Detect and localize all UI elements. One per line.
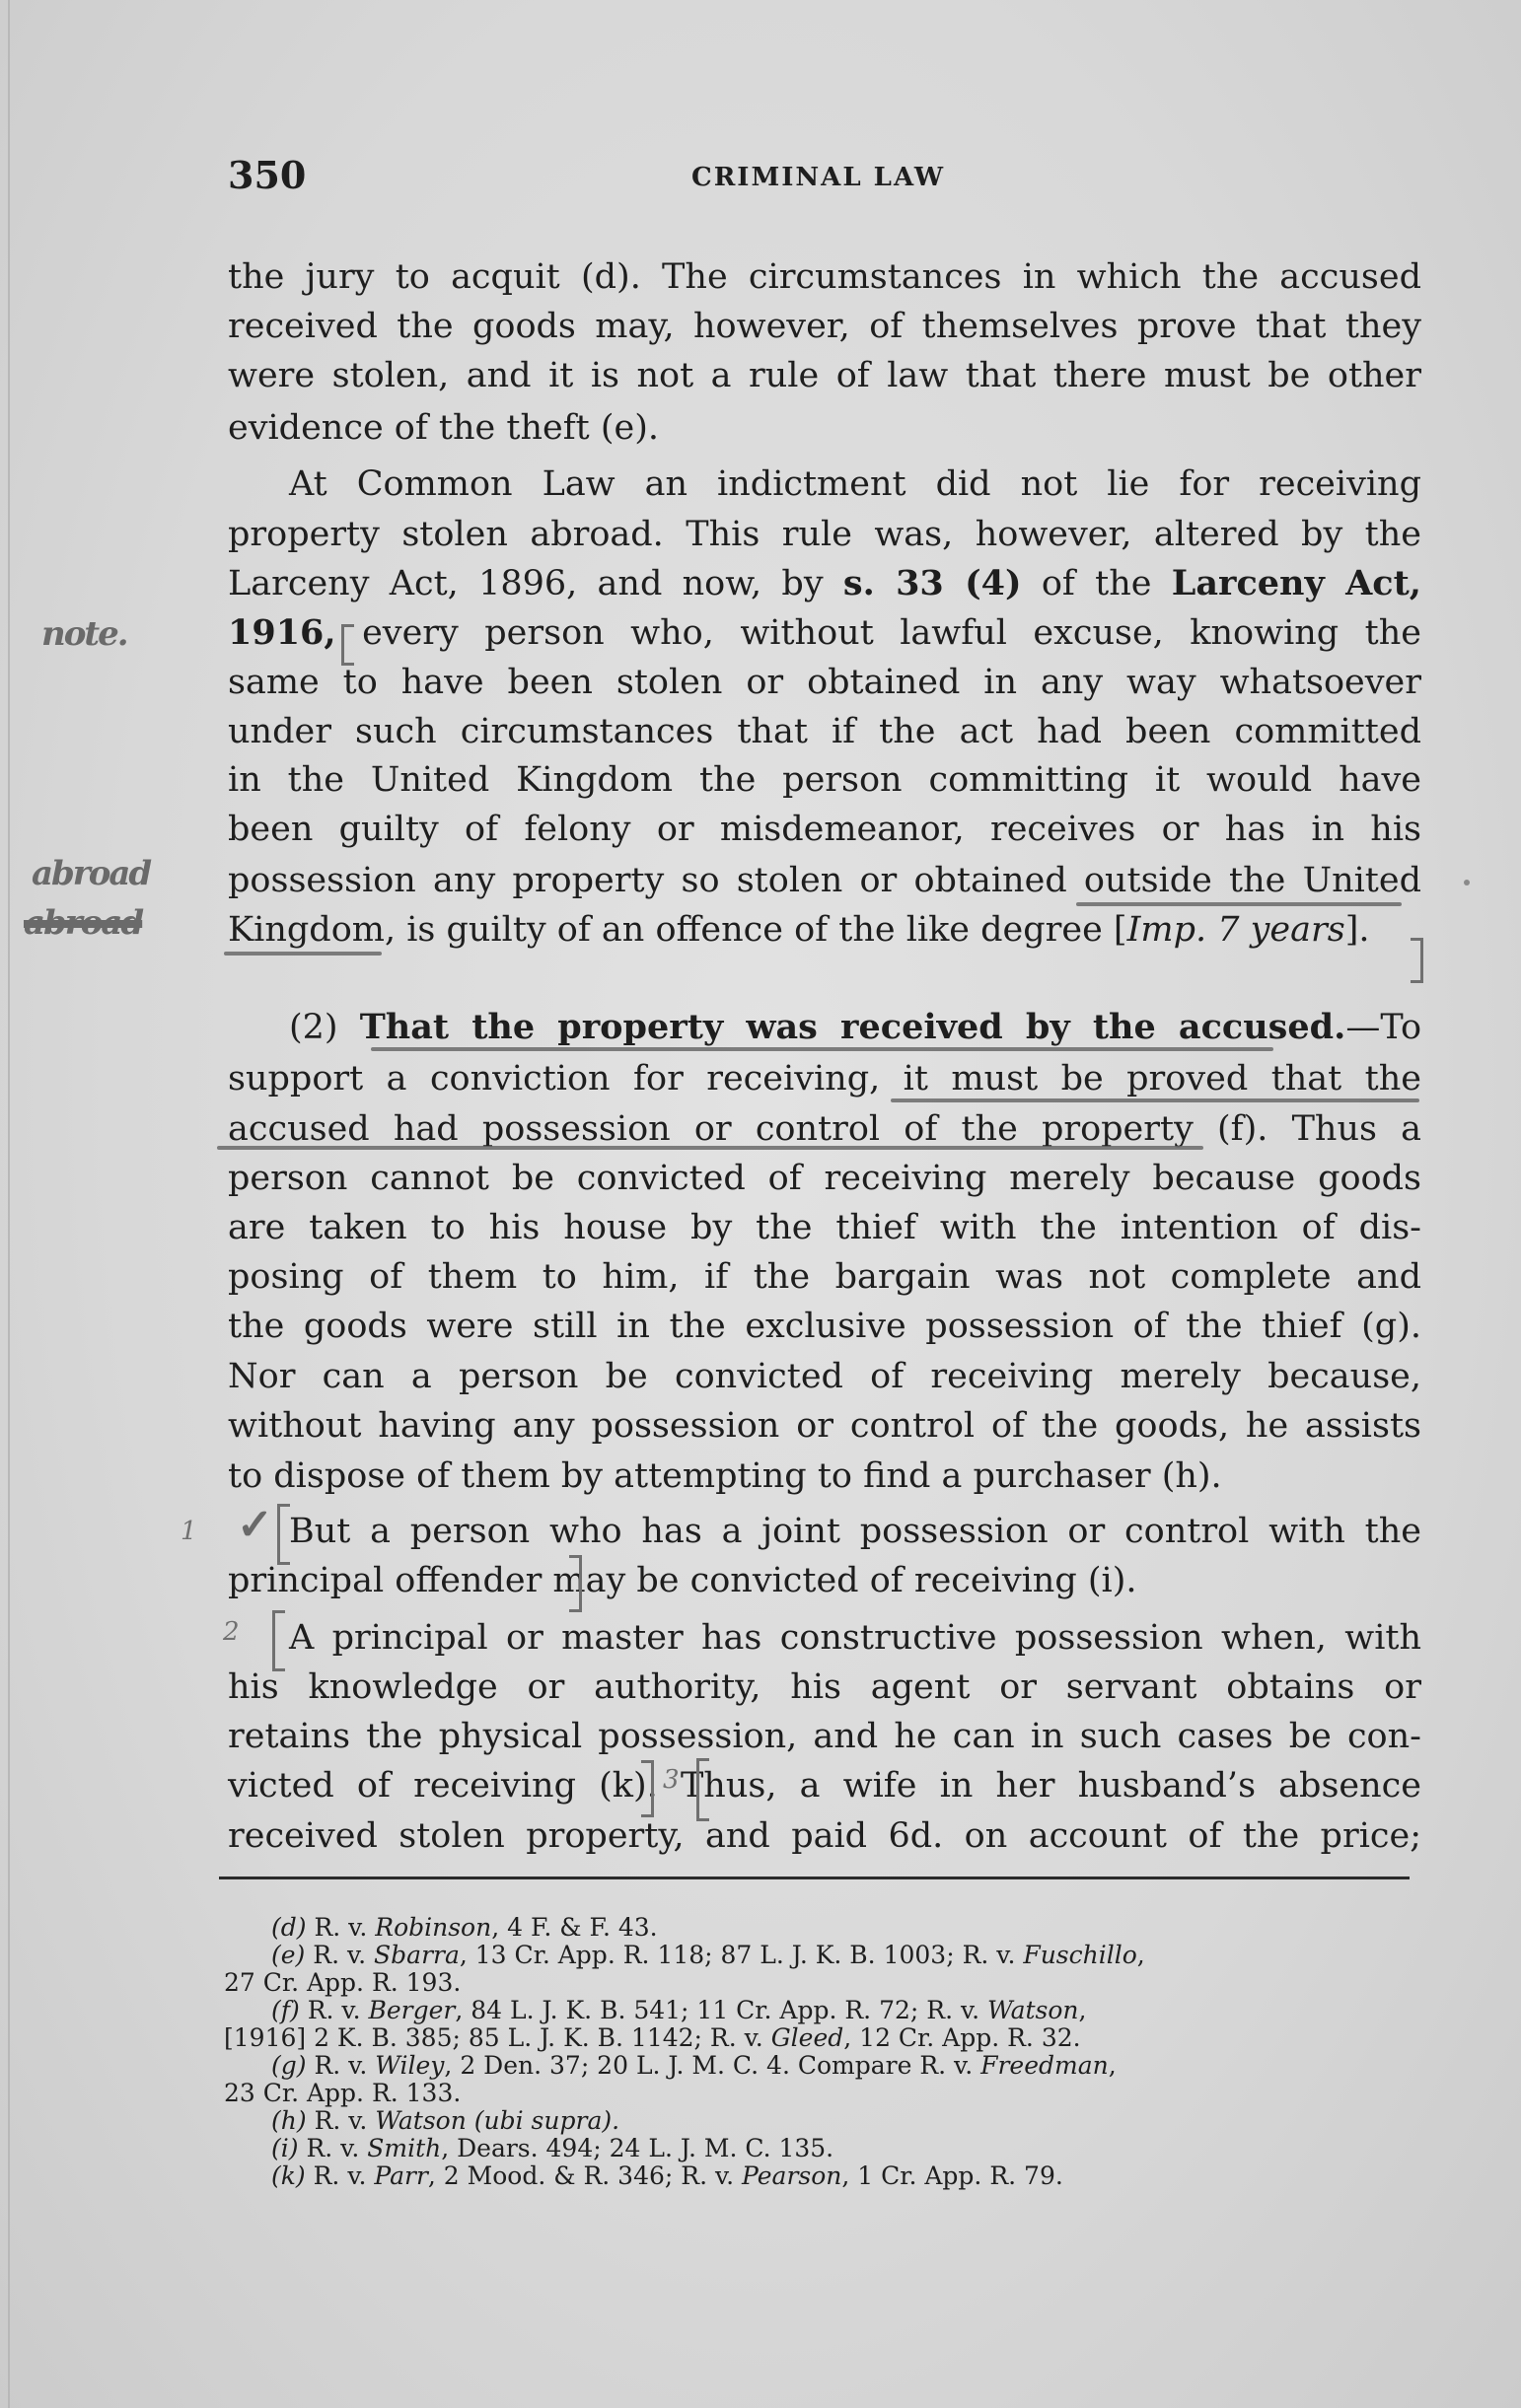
pen-underline <box>217 1146 1203 1150</box>
text-line: to dispose of them by attempting to find… <box>228 1454 1421 1498</box>
text-line: same to have been stolen or obtained in … <box>228 661 1421 704</box>
case-name: (ubi supra). <box>467 2106 619 2135</box>
footnote-line: 27 Cr. App. R. 193. <box>224 1969 1417 1997</box>
paper-speck <box>1464 880 1470 885</box>
text-line: person cannot be convicted of receiving … <box>228 1157 1421 1200</box>
citation-text: [1916] 2 K. B. 385; 85 L. J. K. B. 1142; <box>224 2023 710 2052</box>
case-name: Smith <box>367 2134 441 2162</box>
citation-text: , 1 Cr. App. R. 79. <box>841 2161 1062 2190</box>
text-line: the goods were still in the exclusive po… <box>228 1305 1421 1348</box>
text-line: victed of receiving (k). Thus, a wife in… <box>228 1764 1421 1807</box>
text-line: without having any possession or control… <box>228 1404 1421 1448</box>
text: Kingdom, is guilty of an offence of the … <box>228 910 1127 950</box>
citation-text: R. v. <box>313 1941 374 1969</box>
margin-note-abroad-struck: abroad <box>24 903 142 943</box>
section-heading: That the property was received by the ac… <box>360 1007 1346 1047</box>
book-page: 350 CRIMINAL LAW the jury to acquit (d).… <box>0 0 1521 2408</box>
citation-text: 23 Cr. App. R. 133. <box>224 2079 461 2107</box>
running-title: CRIMINAL LAW <box>691 163 945 192</box>
margin-note: note. <box>41 614 127 654</box>
text-line: Larceny Act, 1896, and now, by s. 33 (4)… <box>228 562 1421 605</box>
footnote-line: (d) R. v. Robinson, 4 F. & F. 43. <box>271 1914 1417 1942</box>
footnote-line: [1916] 2 K. B. 385; 85 L. J. K. B. 1142;… <box>224 2024 1417 2052</box>
citation-text: R. v. <box>314 2161 375 2190</box>
footnote-mark: (d) <box>271 1913 314 1942</box>
footnote-mark: (f) <box>271 1996 308 2024</box>
text: every person who, without lawful excuse,… <box>336 613 1421 653</box>
case-name: Robinson <box>375 1913 491 1942</box>
text-line: retains the physical possession, and he … <box>228 1715 1421 1758</box>
footnote-mark: (k) <box>271 2161 314 2190</box>
citation-text: , 4 F. & F. 43. <box>491 1913 657 1942</box>
citation-text: R. v. <box>681 2161 742 2190</box>
text-line: At Common Law an indictment did not lie … <box>289 462 1421 506</box>
text-line: possession any property so stolen or obt… <box>228 859 1421 902</box>
text-line: received the goods may, however, of them… <box>228 305 1421 348</box>
citation-text: R. v. <box>315 2106 376 2135</box>
section-heading-line: (2) That the property was received by th… <box>289 1006 1421 1049</box>
text-line: But a person who has a joint possession … <box>289 1510 1421 1553</box>
page-number: 350 <box>228 153 306 197</box>
case-name: Watson <box>375 2106 466 2135</box>
citation-text: , 12 Cr. App. R. 32. <box>843 2023 1080 2052</box>
citation-text: , 13 Cr. App. R. 118; 87 L. J. K. B. 100… <box>460 1941 963 1969</box>
page-edge <box>8 0 10 2408</box>
text-line: accused had possession or control of the… <box>228 1107 1421 1151</box>
text-line: received stolen property, and paid 6d. o… <box>228 1814 1421 1858</box>
citation-text: R. v. <box>306 2134 367 2162</box>
text-line: 1916, every person who, without lawful e… <box>228 611 1421 655</box>
text-line: were stolen, and it is not a rule of law… <box>228 354 1421 397</box>
citation-text: , <box>1079 1996 1087 2024</box>
text-line: in the United Kingdom the person committ… <box>228 758 1421 802</box>
case-name: Fuschillo <box>1023 1941 1136 1969</box>
text-line: support a conviction for receiving, it m… <box>228 1057 1421 1100</box>
check-mark-icon: ✓ <box>237 1500 273 1550</box>
footnote-mark: (h) <box>271 2106 315 2135</box>
text: ]. <box>1345 910 1370 950</box>
section-number: (2) <box>289 1008 360 1047</box>
citation-text: R. v. <box>308 1996 369 2024</box>
case-name: Freedman <box>980 2051 1109 2080</box>
text: —To <box>1345 1008 1421 1047</box>
text-line: property stolen abroad. This rule was, h… <box>228 513 1421 556</box>
case-name: Gleed <box>771 2023 844 2052</box>
statute-name: Larceny Act, <box>1172 563 1421 603</box>
footnote-mark: (g) <box>271 2051 314 2080</box>
citation-text: R. v. <box>710 2023 771 2052</box>
text-line: evidence of the theft (e). <box>228 406 1421 450</box>
footnote-rule <box>219 1877 1410 1879</box>
footnote-mark: (e) <box>271 1941 313 1969</box>
statute-year: 1916, <box>228 612 336 653</box>
pen-bracket-open <box>277 1504 290 1565</box>
margin-number: 2 <box>223 1617 240 1647</box>
text: of the <box>1022 564 1172 603</box>
pen-bracket-open <box>341 624 354 666</box>
footnote-line: 23 Cr. App. R. 133. <box>224 2080 1417 2107</box>
case-name: Sbarra <box>374 1941 460 1969</box>
citation-text: , 2 Mood. & R. 346; <box>428 2161 681 2190</box>
footnote-line: (i) R. v. Smith, Dears. 494; 24 L. J. M.… <box>271 2135 1417 2162</box>
margin-number: 1 <box>181 1517 197 1546</box>
pen-underline <box>891 1098 1419 1102</box>
text-line: Kingdom, is guilty of an offence of the … <box>228 908 1421 952</box>
pen-bracket-close <box>569 1555 582 1612</box>
pen-underline <box>1076 902 1402 906</box>
citation-text: , <box>1137 1941 1145 1969</box>
footnote-line: (e) R. v. Sbarra, 13 Cr. App. R. 118; 87… <box>271 1942 1417 1969</box>
pen-underline <box>224 952 382 956</box>
citation-text: R. v. <box>963 1941 1024 1969</box>
footnote-line: (g) R. v. Wiley, 2 Den. 37; 20 L. J. M. … <box>271 2052 1417 2080</box>
text-line: his knowledge or authority, his agent or… <box>228 1665 1421 1709</box>
pen-bracket-close <box>1411 938 1423 983</box>
citation-text: , 84 L. J. K. B. 541; 11 Cr. App. R. 72; <box>455 1996 926 2024</box>
case-name: Pearson <box>742 2161 841 2190</box>
text-line: are taken to his house by the thief with… <box>228 1206 1421 1249</box>
citation-text: R. v. <box>314 1913 375 1942</box>
statute-section: s. 33 (4) <box>843 563 1022 603</box>
footnote-line: (h) R. v. Watson (ubi supra). <box>271 2107 1417 2135</box>
pen-underline <box>371 1047 1273 1051</box>
text-line: under such circumstances that if the act… <box>228 710 1421 753</box>
footnote-mark: (i) <box>271 2134 306 2162</box>
case-name: Parr <box>374 2161 428 2190</box>
citation-text: R. v. <box>919 2051 980 2080</box>
case-name: Watson <box>987 1996 1078 2024</box>
margin-note-abroad: abroad <box>32 854 150 893</box>
citation-text: , 2 Den. 37; 20 L. J. M. C. 4. Compare <box>444 2051 919 2080</box>
citation-text: , <box>1109 2051 1117 2080</box>
case-name: Wiley <box>375 2051 444 2080</box>
text: Larceny Act, 1896, and now, by <box>228 564 843 603</box>
margin-number: 3 <box>663 1765 680 1795</box>
text-line: A principal or master has constructive p… <box>289 1616 1421 1660</box>
pen-bracket-open <box>696 1758 709 1821</box>
pen-bracket-close <box>641 1760 654 1817</box>
text-line: the jury to acquit (d). The circumstance… <box>228 255 1421 299</box>
citation-text: , Dears. 494; 24 L. J. M. C. 135. <box>441 2134 833 2162</box>
footnote-line: (k) R. v. Parr, 2 Mood. & R. 346; R. v. … <box>271 2162 1417 2190</box>
citation-text: R. v. <box>926 1996 987 2024</box>
text-line: Nor can a person be convicted of receivi… <box>228 1355 1421 1398</box>
citation-text: 27 Cr. App. R. 193. <box>224 1968 461 1997</box>
case-name: Berger <box>369 1996 456 2024</box>
text-line: posing of them to him, if the bargain wa… <box>228 1255 1421 1299</box>
pen-bracket-open <box>272 1610 285 1671</box>
penalty: Imp. 7 years <box>1127 910 1345 950</box>
running-head: 350 CRIMINAL LAW <box>228 153 1421 202</box>
text-line: principal offender may be convicted of r… <box>228 1559 1421 1602</box>
citation-text: R. v. <box>314 2051 375 2080</box>
text-line: been guilty of felony or misdemeanor, re… <box>228 808 1421 851</box>
footnote-line: (f) R. v. Berger, 84 L. J. K. B. 541; 11… <box>271 1997 1417 2024</box>
